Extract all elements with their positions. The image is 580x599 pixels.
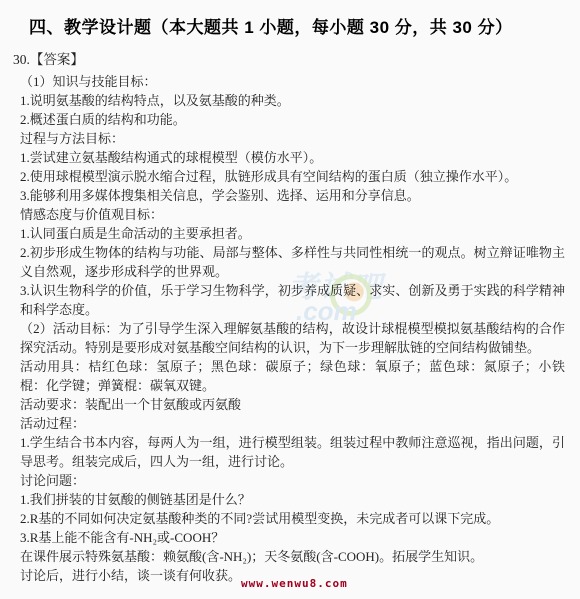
doc-paragraph: 2.概述蛋白质的结构和功能。 xyxy=(20,110,565,129)
doc-paragraph: 3.能够利用多媒体搜集相关信息，学会鉴别、选择、运用和分享信息。 xyxy=(20,186,565,205)
doc-paragraph: 2.R基的不同如何决定氨基酸种类的不同?尝试用模型变换，未完成者可以课下完成。 xyxy=(20,509,565,528)
doc-paragraph: 3.认识生物科学的价值，乐于学习生物科学，初步养成质疑、求实、创新及勇于实践的科… xyxy=(20,281,565,319)
document-page: 四、教学设计题（本大题共 1 小题，每小题 30 分，共 30 分） 30.【答… xyxy=(0,0,580,585)
section-title: 四、教学设计题（本大题共 1 小题，每小题 30 分，共 30 分） xyxy=(29,15,565,41)
doc-paragraph: 过程与方法目标： xyxy=(20,129,565,148)
doc-paragraph: 讨论后，进行小结，谈一谈有何收获。 xyxy=(20,566,565,585)
doc-paragraph: 情感态度与价值观目标： xyxy=(20,205,565,224)
doc-paragraph: 2.使用球棍模型演示脱水缩合过程，肽链形成具有空间结构的蛋白质（独立操作水平）。 xyxy=(20,167,565,186)
answer-label: 30.【答案】 xyxy=(13,51,565,69)
doc-paragraph: 活动要求：装配出一个甘氨酸或丙氨酸 xyxy=(20,395,565,414)
doc-paragraph: 1.说明氨基酸的结构特点，以及氨基酸的种类。 xyxy=(20,91,565,110)
doc-paragraph: 在课件展示特殊氨基酸：赖氨酸(含-NH₂)；天冬氨酸(含-COOH)。拓展学生知… xyxy=(20,547,565,566)
doc-paragraph: 1.学生结合书本内容，每两人为一组，进行模型组装。组装过程中教师注意巡视，指出问… xyxy=(20,433,565,471)
doc-paragraph: （2）活动目标：为了引导学生深入理解氨基酸的结构，故设计球棍模型模拟氨基酸结构的… xyxy=(20,319,565,357)
doc-paragraph: 3.R基上能不能含有-NH₂或-COOH？ xyxy=(20,528,565,547)
doc-paragraph: 1.我们拼装的甘氨酸的侧链基团是什么？ xyxy=(20,490,565,509)
doc-paragraph: 活动过程： xyxy=(20,414,565,433)
doc-paragraph: 2.初步形成生物体的结构与功能、局部与整体、多样性与共同性相统一的观点。树立辩证… xyxy=(20,243,565,281)
doc-paragraph: 1.尝试建立氨基酸结构通式的球棍模型（模仿水平）。 xyxy=(20,148,565,167)
doc-paragraph: 活动用具：桔红色球：氢原子；黑色球：碳原子；绿色球：氧原子；蓝色球：氮原子；小铁… xyxy=(20,357,565,395)
answer-body: （1）知识与技能目标： 1.说明氨基酸的结构特点，以及氨基酸的种类。 2.概述蛋… xyxy=(20,72,565,585)
doc-paragraph: 讨论问题： xyxy=(20,471,565,490)
doc-paragraph: 1.认同蛋白质是生命活动的主要承担者。 xyxy=(20,224,565,243)
doc-paragraph: （1）知识与技能目标： xyxy=(20,72,565,91)
